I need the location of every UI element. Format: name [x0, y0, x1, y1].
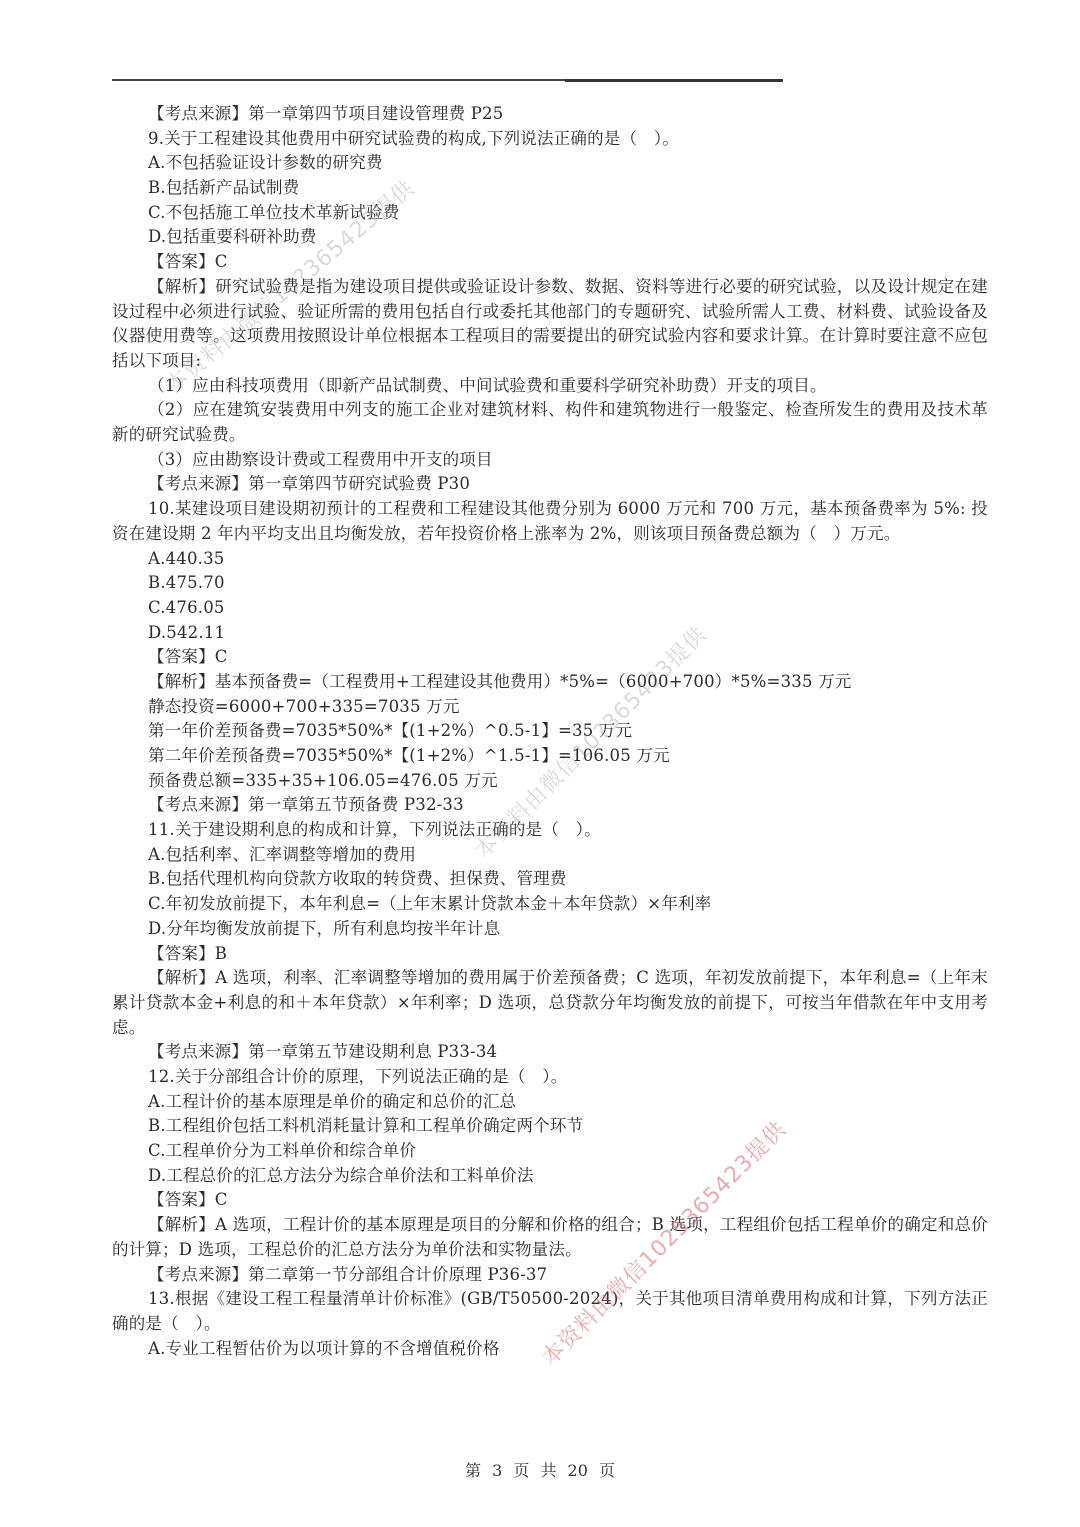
text-line: 第一年价差预备费=7035*50%*【(1+2%）^0.5-1】=35 万元: [112, 719, 988, 744]
answer-line: 【答案】C: [112, 250, 988, 275]
question-stem: 12.关于分部组合计价的原理，下列说法正确的是（ ）。: [112, 1065, 988, 1090]
text-line: （3）应由勘察设计费或工程费用中开支的项目: [112, 448, 988, 473]
option-line: D.包括重要科研补助费: [112, 225, 988, 250]
option-line: D.542.11: [112, 621, 988, 646]
option-line: B.包括新产品试制费: [112, 176, 988, 201]
question-stem: 13.根据《建设工程工程量清单计价标准》(GB/T50500-2024)，关于其…: [112, 1287, 988, 1336]
analysis-paragraph: 【解析】A 选项，工程计价的基本原理是项目的分解和价格的组合；B 选项，工程组价…: [112, 1213, 988, 1262]
question-stem: 10.某建设项目建设期初预计的工程费和工程建设其他费分别为 6000 万元和 7…: [112, 497, 988, 546]
source-line: 【考点来源】第一章第四节研究试验费 P30: [112, 472, 988, 497]
source-line: 【考点来源】第一章第五节建设期利息 P33-34: [112, 1040, 988, 1065]
text-line: 静态投资=6000+700+335=7035 万元: [112, 695, 988, 720]
answer-line: 【答案】C: [112, 1188, 988, 1213]
option-line: D.工程总价的汇总方法分为综合单价法和工料单价法: [112, 1164, 988, 1189]
option-line: B.包括代理机构向贷款方收取的转贷费、担保费、管理费: [112, 867, 988, 892]
option-line: A.专业工程暂估价为以项计算的不含增值税价格: [112, 1337, 988, 1362]
analysis-paragraph: 【解析】基本预备费=（工程费用+工程建设其他费用）*5%=（6000+700）*…: [112, 670, 988, 695]
option-line: A.440.35: [112, 547, 988, 572]
header-rule: [112, 79, 783, 81]
header-rule-thick: [565, 79, 783, 82]
text-line: 第二年价差预备费=7035*50%*【(1+2%）^1.5-1】=106.05 …: [112, 744, 988, 769]
text-line: 预备费总额=335+35+106.05=476.05 万元: [112, 769, 988, 794]
answer-line: 【答案】C: [112, 645, 988, 670]
page-content: 【考点来源】第一章第四节项目建设管理费 P259.关于工程建设其他费用中研究试验…: [112, 102, 988, 1361]
option-line: D.分年均衡发放前提下，所有利息均按半年计息: [112, 917, 988, 942]
option-line: C.不包括施工单位技术革新试验费: [112, 201, 988, 226]
question-stem: 9.关于工程建设其他费用中研究试验费的构成,下列说法正确的是（ ）。: [112, 127, 988, 152]
option-line: C.年初发放前提下，本年利息=（上年末累计贷款本金＋本年贷款）×年利率: [112, 892, 988, 917]
option-line: A.包括利率、汇率调整等增加的费用: [112, 843, 988, 868]
option-line: B.工程组价包括工料机消耗量计算和工程单价确定两个环节: [112, 1114, 988, 1139]
option-line: A.工程计价的基本原理是单价的确定和总价的汇总: [112, 1090, 988, 1115]
answer-line: 【答案】B: [112, 942, 988, 967]
option-line: A.不包括验证设计参数的研究费: [112, 151, 988, 176]
document-page: 【考点来源】第一章第四节项目建设管理费 P259.关于工程建设其他费用中研究试验…: [0, 0, 1080, 1527]
text-line: （1）应由科技项费用（即新产品试制费、中间试验费和重要科学研究补助费）开支的项目…: [112, 374, 988, 399]
page-footer: 第 3 页 共 20 页: [0, 1458, 1080, 1481]
analysis-paragraph: 【解析】研究试验费是指为建设项目提供或验证设计参数、数据、资料等进行必要的研究试…: [112, 275, 988, 374]
source-line: 【考点来源】第一章第五节预备费 P32-33: [112, 793, 988, 818]
source-line: 【考点来源】第二章第一节分部组合计价原理 P36-37: [112, 1263, 988, 1288]
option-line: C.476.05: [112, 596, 988, 621]
source-line: 【考点来源】第一章第四节项目建设管理费 P25: [112, 102, 988, 127]
analysis-paragraph: 【解析】A 选项，利率、汇率调整等增加的费用属于价差预备费；C 选项，年初发放前…: [112, 966, 988, 1040]
option-line: C.工程单价分为工料单价和综合单价: [112, 1139, 988, 1164]
text-line: （2）应在建筑安装费用中列支的施工企业对建筑材料、构件和建筑物进行一般鉴定、检查…: [112, 398, 988, 447]
option-line: B.475.70: [112, 571, 988, 596]
question-stem: 11.关于建设期利息的构成和计算，下列说法正确的是（ ）。: [112, 818, 988, 843]
